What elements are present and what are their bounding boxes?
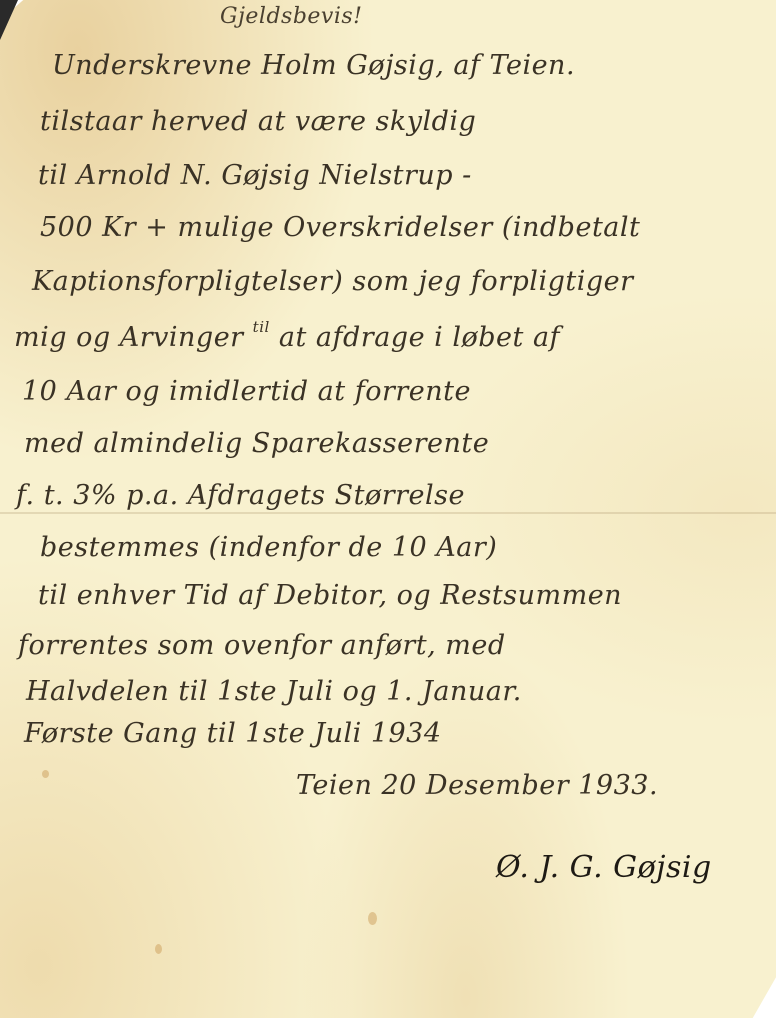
paper-fold-line <box>0 512 776 514</box>
text-line: tilstaar herved at være skyldig <box>40 106 476 137</box>
text-line: 10 Aar og imidlertid at forrente <box>22 376 471 407</box>
text-line: til Arnold N. Gøjsig Nielstrup - <box>38 160 472 191</box>
handwritten-letter-page: Gjeldsbevis! Underskrevne Holm Gøjsig, a… <box>0 0 776 1018</box>
signature: Ø. J. G. Gøjsig <box>496 850 712 885</box>
insertion-above: til <box>253 318 270 336</box>
text-line: bestemmes (indenfor de 10 Aar) <box>40 532 497 563</box>
document-title: Gjeldsbevis! <box>220 4 363 29</box>
stain-spot <box>155 944 162 954</box>
text-line: forrentes som ovenfor anført, med <box>18 630 506 661</box>
text-line: Halvdelen til 1ste Juli og 1. Januar. <box>26 676 522 707</box>
place-date: Teien 20 Desember 1933. <box>296 770 658 801</box>
text-line: 500 Kr + mulige Overskridelser (indbetal… <box>40 212 640 243</box>
stain-spot <box>368 912 377 925</box>
text-line: Underskrevne Holm Gøjsig, af Teien. <box>52 50 575 81</box>
text-line: Kaptionsforpligtelser) som jeg forpligti… <box>32 266 634 297</box>
text-line: f. t. 3% p.a. Afdragets Størrelse <box>16 480 465 511</box>
text-line-with-insertion: mig og Arvinger til at afdrage i løbet a… <box>14 322 560 353</box>
text-fragment: mig og Arvinger <box>14 322 244 353</box>
text-line: til enhver Tid af Debitor, og Restsummen <box>38 580 622 611</box>
text-line: med almindelig Sparekasserente <box>24 428 489 459</box>
stain-spot <box>42 770 49 778</box>
text-line: Første Gang til 1ste Juli 1934 <box>24 718 442 749</box>
text-fragment: at afdrage i løbet af <box>279 322 560 353</box>
